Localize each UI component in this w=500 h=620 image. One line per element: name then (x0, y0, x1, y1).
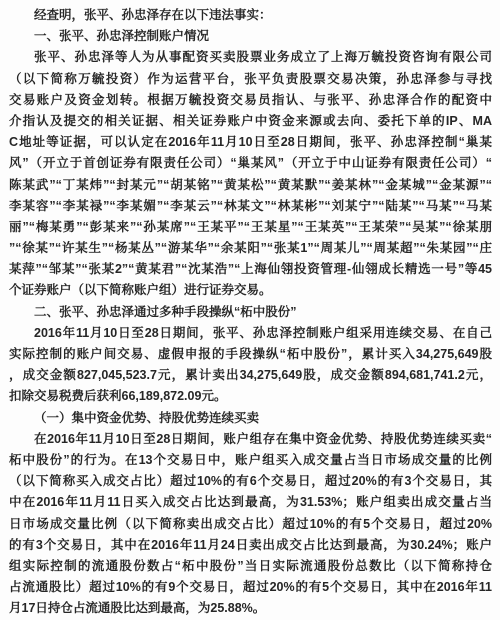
account-list-line: 某萍”“邹某”“张某2”“黄某君”“沈某浩”“上海仙翎投资管理-仙翎成长精选一号… (9, 259, 492, 280)
doc-line: 组实际控制的流通股份数占“柘中股份”当日实际流通股份总数比（以下简称持仓 (9, 556, 492, 577)
doc-line: ，成交金额827,045,523.7元，累计卖出34,275,649股，成交金额… (9, 365, 492, 386)
doc-line: 月17日持仓占流通股比达到最高，为25.88%。 (9, 598, 492, 619)
account-list-line: 陈某武”“丁某炜”“封某元”“胡某铭”“黄某松”“黄某默”“姜某林”“金某城”“… (9, 175, 492, 196)
intro-line: 经查明，张平、孙忠泽存在以下违法事实： (9, 5, 492, 26)
doc-line: 2016年11月10日至28日期间，张平、孙忠泽控制账户组采用连续交易、在自己 (9, 323, 492, 344)
doc-line: 柘中股份”的行为。在13个交易日中，账户组买入成交量占当日市场成交量的比例 (9, 450, 492, 471)
doc-line: 占流通股比）超过10%的有9个交易日，超过20%的有5个交易日，其中在2016年… (9, 577, 492, 598)
section-2-heading: 二、张平、孙忠泽通过多种手段操纵“柘中股份” (9, 302, 492, 323)
account-list-line: 李某容”“李某禄”“李某媚”“李某云”“林某文”“林某彬”“刘某宁”“陆某”“马… (9, 196, 492, 217)
doc-line: 的有3个交易日，其中在2016年11月24日卖出成交占比达到最高，为30.24%… (9, 535, 492, 556)
doc-line: 中在2016年11月11日买入成交占比达到最高，为31.53%；账户组卖出成交量… (9, 492, 492, 513)
doc-line: 交易账户及资金划转。根据万毓投资交易员指认、与张平、孙忠泽合作的配资中 (9, 90, 492, 111)
account-list-line: ”“徐某”“许某生”“杨某丛”“游某华”“余某阳”“张某1”“周某儿”“周某超”… (9, 238, 492, 259)
doc-line: 风”（开立于首创证券有限责任公司）“巢某风”（开立于中山证券有限责任公司）“ (9, 153, 492, 174)
doc-line: （以下简称万毓投资）作为运营平台，张平负责股票交易决策，孙忠泽参与寻找 (9, 69, 492, 90)
doc-line: 在2016年11月10日至28日期间，账户组存在集中资金优势、持股优势连续买卖“ (9, 429, 492, 450)
subsection-1-heading: （一）集中资金优势、持股优势连续买卖 (9, 408, 492, 429)
section-1-heading: 一、张平、孙忠泽控制账户情况 (9, 26, 492, 47)
doc-line: 实际控制的账户间交易、虚假申报的手段操纵“柘中股份”，累计买入34,275,64… (9, 344, 492, 365)
doc-line: 个证券账户（以下简称账户组）进行证券交易。 (9, 280, 492, 301)
doc-line: 扣除交易税费后获利66,189,872.09元。 (9, 386, 492, 407)
doc-line: （以下简称买入成交占比）超过10%的有6个交易日，超过20%的有3个交易日，其 (9, 471, 492, 492)
doc-line: 张平、孙忠泽等人为从事配资买卖股票业务成立了上海万毓投资咨询有限公司 (9, 47, 492, 68)
doc-line: C地址等证据，可以认定在2016年11月10日至28日期间，张平、孙忠泽控制“巢… (9, 132, 492, 153)
account-list-line: 丽”“梅某勇”“彭某来”“孙某席”“王某平”“王某星”“王某英”“王某荣”“吴某… (9, 217, 492, 238)
doc-line: 介指认及提交的相关证据、相关证券账户中资金来源或去向、委托下单的IP、MA (9, 111, 492, 132)
doc-line: 日市场成交量比例（以下简称卖出成交占比）超过10%的有5个交易日，超过20% (9, 514, 492, 535)
document-page: 经查明，张平、孙忠泽存在以下违法事实： 一、张平、孙忠泽控制账户情况 张平、孙忠… (0, 0, 500, 620)
